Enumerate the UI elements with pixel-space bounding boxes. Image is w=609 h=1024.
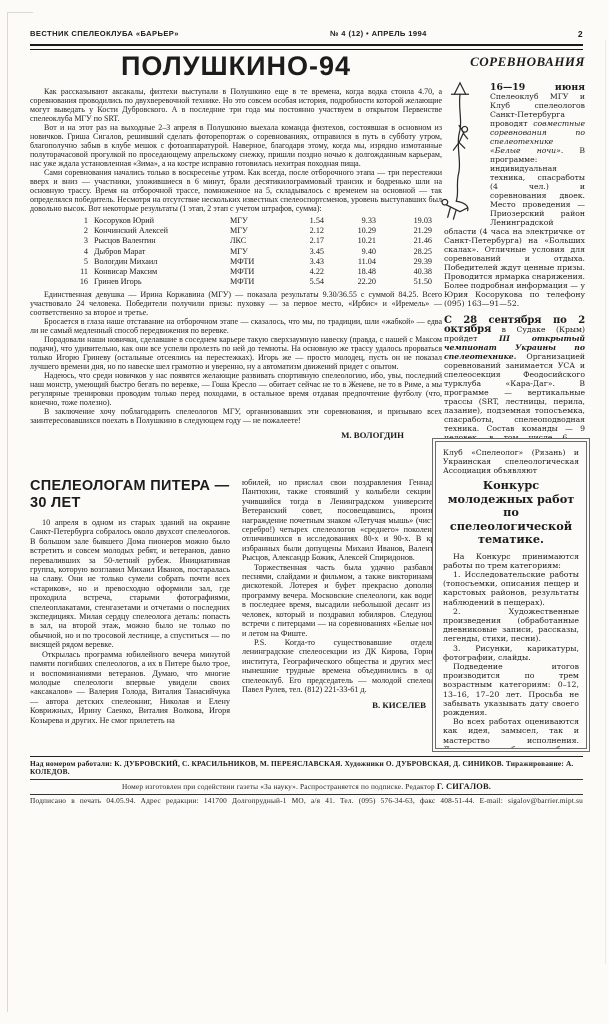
result-club: ЛКС: [230, 236, 280, 246]
result-name: Дыбров Марат: [94, 247, 230, 257]
result-total: 19.03: [376, 216, 432, 226]
result-total: 40.38: [376, 267, 432, 277]
article-paragraph: Порадовали наши новички, сделавшие в сос…: [30, 335, 442, 371]
article-paragraph: Сами соревнования начались только в воск…: [30, 168, 442, 213]
contest-title-line2: по спелеологической тематике.: [450, 505, 572, 546]
article-paragraph: В заключение хочу поблагодарить спелеоло…: [30, 407, 442, 425]
climber-illustration: [435, 81, 485, 223]
result-club: МГУ: [230, 216, 280, 226]
result-name: Рысцов Валентин: [94, 236, 230, 246]
contest-announcement-box: Клуб «Спелеолог» (Рязань) и Украинская с…: [432, 438, 590, 752]
results-table: 1Косоруков ЮрийМГУ1.549.3319.032Кончинск…: [30, 216, 442, 287]
piter-column-2: юбилей, но прислал свои поздравления Ген…: [242, 478, 442, 725]
article-paragraph: Вот и на этот раз на выходные 2–3 апреля…: [30, 123, 442, 168]
footer-publisher-text: Номер изготовлен при содействии газеты «…: [122, 782, 435, 791]
result-stage2: 9.33: [324, 216, 376, 226]
piter-paragraph: P.S. Когда-то существовавшие отдельно ле…: [242, 638, 442, 694]
page-footer: Над номером работали: К. ДУБРОВСКИЙ, С. …: [30, 756, 583, 808]
article-paragraph: Бросается в глаза наше отставание на отб…: [30, 317, 442, 335]
piter-title: СПЕЛЕОЛОГАМ ПИТЕРА — 30 ЛЕТ: [30, 478, 230, 511]
footer-publisher: Номер изготовлен при содействии газеты «…: [30, 779, 583, 794]
result-club: МГУ: [230, 226, 280, 236]
result-stage1: 3.43: [280, 257, 324, 267]
result-total: 21.46: [376, 236, 432, 246]
article-paragraph: Как рассказывают аксакалы, физтехи высту…: [30, 87, 442, 123]
result-stage1: 3.45: [280, 247, 324, 257]
result-club: МФТИ: [230, 277, 280, 287]
result-total: 21.29: [376, 226, 432, 236]
piter-paragraph: юбилей, но прислал свои поздравления Ген…: [242, 478, 442, 563]
issue-info: № 4 (12) • АПРЕЛЬ 1994: [330, 29, 427, 39]
contest-paragraph: Во всех работах оцениваются как идея, за…: [443, 717, 579, 752]
piter-column-1: СПЕЛЕОЛОГАМ ПИТЕРА — 30 ЛЕТ 10 апреля в …: [30, 478, 230, 725]
result-stage1: 2.12: [280, 226, 324, 236]
contest-paragraph: Подведение итогов производится по трем в…: [443, 662, 579, 717]
contest-title: Конкурс молодежных работ по спелеологиче…: [443, 479, 579, 547]
piter-article: СПЕЛЕОЛОГАМ ПИТЕРА — 30 ЛЕТ 10 апреля в …: [30, 478, 442, 725]
result-total: 29.39: [376, 257, 432, 267]
result-total: 51.50: [376, 277, 432, 287]
competition-item: 16—19 июня Спелеоклуб МГУ и Клуб спелеол…: [444, 83, 585, 308]
article-title: ПОЛУШКИНО-94: [30, 52, 442, 80]
result-rank: 4: [58, 247, 94, 257]
piter-title-line1: СПЕЛЕОЛОГАМ ПИТЕРА —: [30, 478, 229, 494]
result-stage2: 22.20: [324, 277, 376, 287]
result-stage2: 10.21: [324, 236, 376, 246]
result-rank: 16: [58, 277, 94, 287]
result-stage1: 5.54: [280, 277, 324, 287]
header-rule: [30, 44, 583, 50]
result-stage1: 2.17: [280, 236, 324, 246]
contest-paragraph: 3. Рисунки, карикатуры, фотографии, слай…: [443, 644, 579, 662]
result-stage1: 1.54: [280, 216, 324, 226]
scan-edge-left: [7, 12, 8, 1012]
author-signature: В. КИСЕЛЕВ: [242, 700, 442, 710]
footer-imprint: Подписано в печать 04.05.94. Адрес редак…: [30, 794, 583, 809]
footer-credits: Над номером работали: К. ДУБРОВСКИЙ, С. …: [30, 757, 583, 779]
contest-paragraph: На Конкурс принимаются работы по трем ка…: [443, 552, 579, 570]
result-club: МФТИ: [230, 267, 280, 277]
contest-paragraph: 1. Исследовательские работы (топосъемки,…: [443, 570, 579, 607]
result-stage2: 11.04: [324, 257, 376, 267]
result-name: Косоруков Юрий: [94, 216, 230, 226]
article-paragraph: Единственная девушка — Ирина Коржавина (…: [30, 290, 442, 317]
result-rank: 3: [58, 236, 94, 246]
result-stage2: 18.48: [324, 267, 376, 277]
result-total: 28.25: [376, 247, 432, 257]
main-article: ПОЛУШКИНО-94 Как рассказывают аксакалы, …: [30, 52, 442, 440]
section-title-competitions: СОРЕВНОВАНИЯ: [444, 54, 585, 70]
contest-paragraph: 2. Художественные произведения (обработа…: [443, 607, 579, 644]
result-rank: 2: [58, 226, 94, 236]
masthead-title: ВЕСТНИК СПЕЛЕОКЛУБА «БАРЬЕР»: [30, 29, 179, 39]
piter-paragraph: 10 апреля в одном из старых зданий на ок…: [30, 518, 230, 650]
masthead: ВЕСТНИК СПЕЛЕОКЛУБА «БАРЬЕР» № 4 (12) • …: [30, 29, 583, 39]
result-name: Гринев Игорь: [94, 277, 230, 287]
scan-edge-right: [605, 40, 606, 964]
result-rank: 11: [58, 267, 94, 277]
result-name: Кончинский Алексей: [94, 226, 230, 236]
result-stage2: 10.29: [324, 226, 376, 236]
footer-editor-name: Г. СИГАЛОВ.: [437, 782, 491, 791]
result-rank: 1: [58, 216, 94, 226]
newspaper-page: ВЕСТНИК СПЕЛЕОКЛУБА «БАРЬЕР» № 4 (12) • …: [0, 0, 609, 1024]
contest-title-line1: Конкурс молодежных работ: [448, 478, 575, 506]
result-stage2: 9.40: [324, 247, 376, 257]
piter-paragraph: Открылась программа юбилейного вечера ми…: [30, 650, 230, 725]
article-paragraph: Надеюсь, что среди новичков у нас появят…: [30, 371, 442, 407]
piter-paragraph: Торжественная часть была удачно разбавле…: [242, 563, 442, 638]
result-name: Конвисар Максим: [94, 267, 230, 277]
piter-title-line2: 30 ЛЕТ: [30, 495, 81, 511]
result-club: МГУ: [230, 247, 280, 257]
result-club: МФТИ: [230, 257, 280, 267]
page-number: 2: [578, 29, 583, 39]
author-signature: М. ВОЛОГДИН: [30, 430, 442, 440]
scan-corner-mark: [7, 12, 33, 13]
contest-intro: Клуб «Спелеолог» (Рязань) и Украинская с…: [443, 448, 579, 475]
result-stage1: 4.22: [280, 267, 324, 277]
result-name: Вологдин Михаил: [94, 257, 230, 267]
result-rank: 5: [58, 257, 94, 267]
